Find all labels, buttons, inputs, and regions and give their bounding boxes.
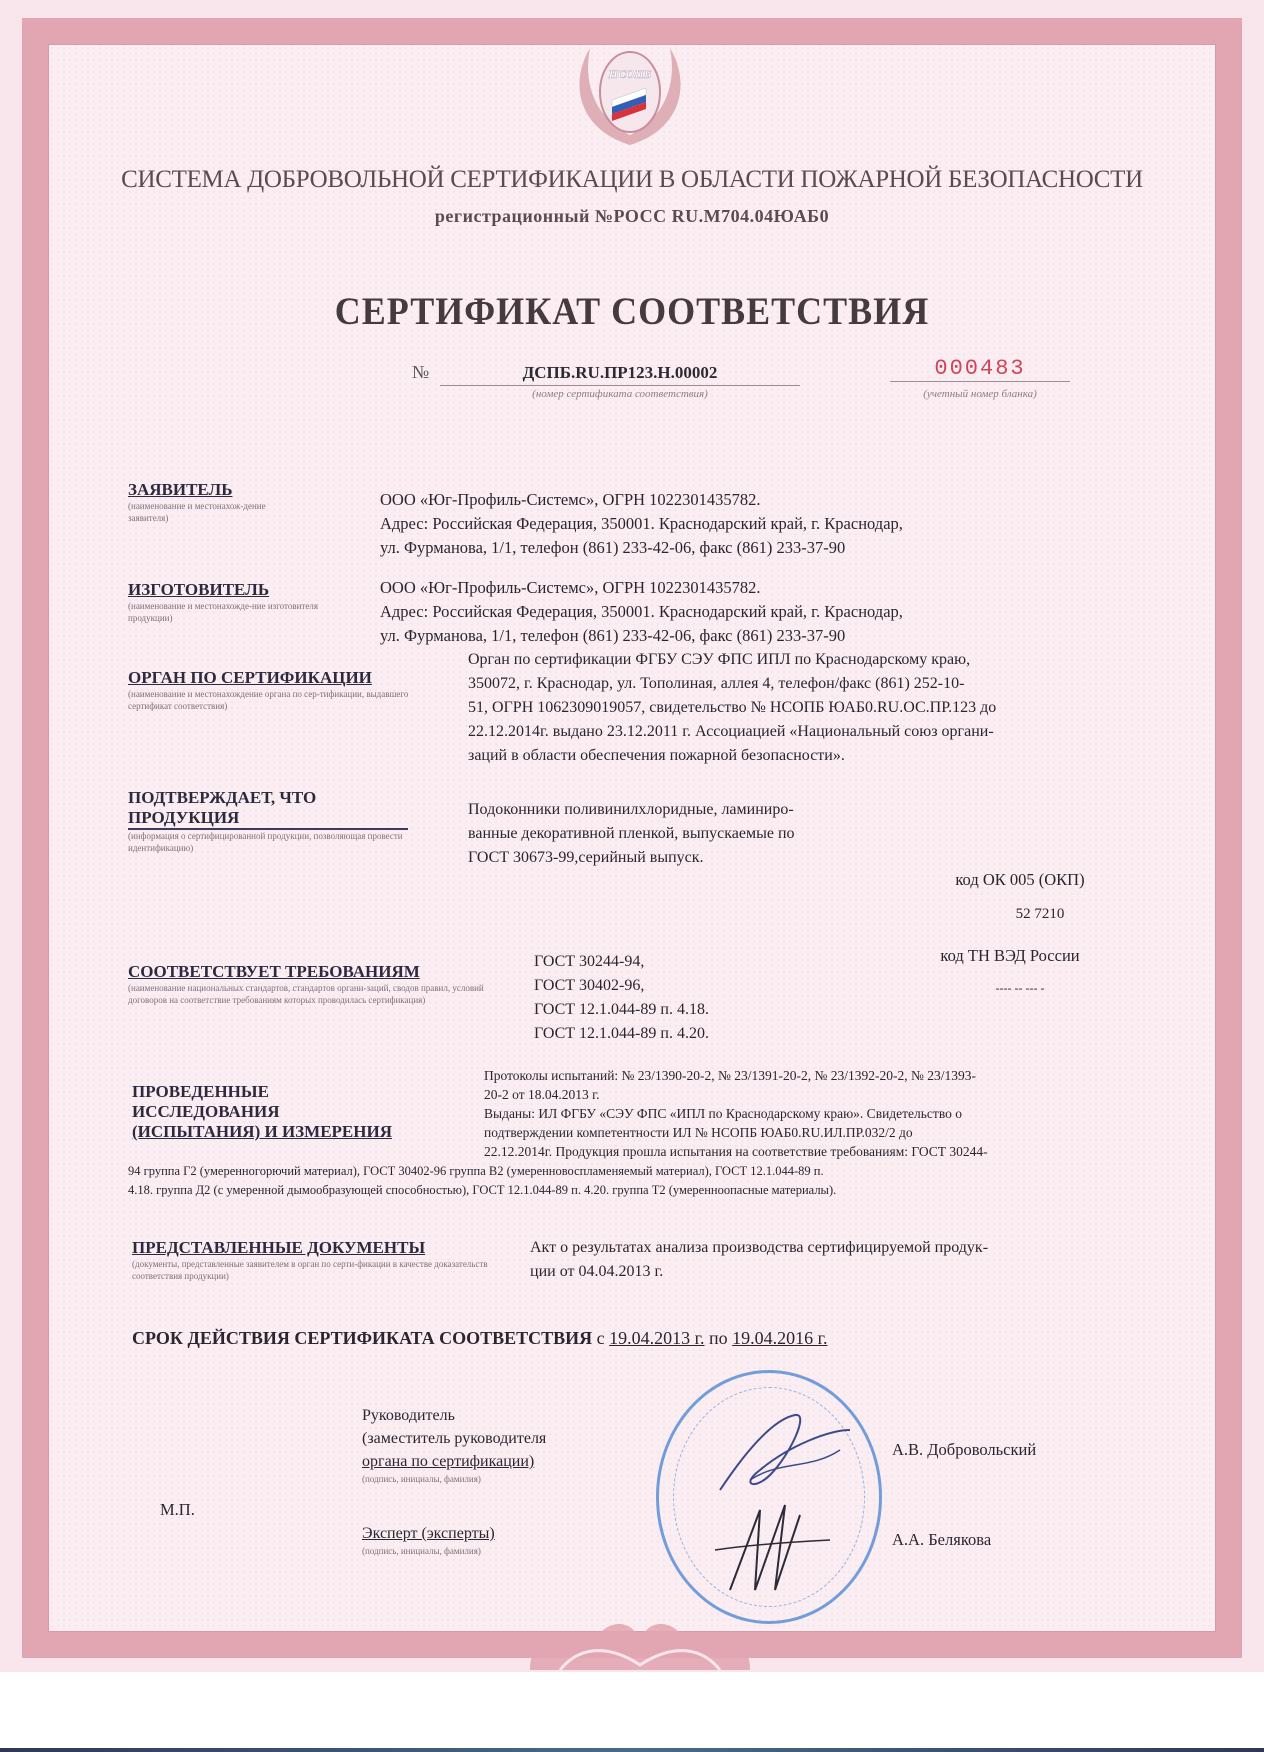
- blank-number-caption: (учетный номер бланка): [890, 388, 1070, 400]
- requirements-list: ГОСТ 30244-94, ГОСТ 30402-96, ГОСТ 12.1.…: [534, 950, 854, 1046]
- certificate-number-caption: (номер сертификата соответствия): [440, 388, 800, 400]
- tests-label-block: ПРОВЕДЕННЫЕ ИССЛЕДОВАНИЯ (ИСПЫТАНИЯ) И И…: [132, 1082, 472, 1142]
- tests-text: Протоколы испытаний: № 23/1390-20-2, № 2…: [484, 1066, 1164, 1161]
- tests-label-line1: ПРОВЕДЕННЫЕ: [132, 1082, 472, 1102]
- documents-caption: (документы, представленные заявителем в …: [132, 1258, 502, 1282]
- expert-signature-icon: [700, 1490, 840, 1600]
- cert-body-line: 22.12.2014г. выдано 23.12.2011 г. Ассоци…: [468, 720, 1148, 744]
- cert-body-line: 51, ОГРН 1062309019057, свидетельство № …: [468, 696, 1148, 720]
- head-name: А.В. Добровольский: [892, 1438, 1036, 1462]
- cert-body-line: 350072, г. Краснодар, ул. Тополиная, алл…: [468, 672, 1148, 696]
- blank-number: 000483: [890, 356, 1070, 382]
- nsopb-emblem-icon: НСОПБ: [560, 40, 700, 150]
- certificate-sheet: НСОПБ СИСТЕМА ДОБРОВОЛЬНОЙ СЕРТИФИКАЦИИ …: [0, 0, 1264, 1672]
- product-caption: (информация о сертифицированной продукци…: [128, 830, 418, 854]
- bottom-strip: [0, 1748, 1264, 1752]
- cert-body-text: Орган по сертификации ФГБУ СЭУ ФПС ИПЛ п…: [468, 648, 1148, 768]
- cert-body-label: ОРГАН ПО СЕРТИФИКАЦИИ: [128, 668, 428, 688]
- validity-line: СРОК ДЕЙСТВИЯ СЕРТИФИКАТА СООТВЕТСТВИЯ с…: [132, 1328, 1032, 1349]
- product-line: Подоконники поливинилхлоридные, ламиниро…: [468, 798, 928, 822]
- applicant-label: ЗАЯВИТЕЛЬ: [128, 480, 308, 500]
- tnved-code-label: код ТН ВЭД России: [900, 944, 1120, 968]
- manufacturer-text: ООО «Юг-Профиль-Системс», ОГРН 102230143…: [380, 576, 1100, 648]
- documents-label: ПРЕДСТАВЛЕННЫЕ ДОКУМЕНТЫ: [132, 1238, 502, 1258]
- tests-line: 22.12.2014г. Продукция прошла испытания …: [484, 1142, 1164, 1161]
- expert-signature-block: Эксперт (эксперты) (подпись, инициалы, ф…: [362, 1522, 642, 1557]
- registration-number: регистрационный №РОСС RU.М704.04ЮАБ0: [100, 206, 1164, 227]
- manufacturer-line: Адрес: Российская Федерация, 350001. Кра…: [380, 600, 1100, 624]
- applicant-line: Адрес: Российская Федерация, 350001. Кра…: [380, 512, 1100, 536]
- cert-body-line: заций в области обеспечения пожарной без…: [468, 744, 1148, 768]
- cert-body-caption: (наименование и местонахождение органа п…: [128, 688, 428, 712]
- product-label-line2: ПРОДУКЦИЯ: [128, 808, 408, 830]
- documents-line: Акт о результатах анализа производства с…: [530, 1236, 1150, 1260]
- requirements-label-block: СООТВЕТСТВУЕТ ТРЕБОВАНИЯМ (наименование …: [128, 962, 508, 1006]
- number-sign: №: [412, 362, 429, 383]
- expert-name: А.А. Белякова: [892, 1528, 991, 1552]
- head-caption: (подпись, инициалы, фамилия): [362, 1473, 642, 1485]
- tests-line: Протоколы испытаний: № 23/1390-20-2, № 2…: [484, 1066, 1164, 1085]
- requirement-item: ГОСТ 12.1.044-89 п. 4.18.: [534, 998, 854, 1022]
- head-role-line: органа по сертификации): [362, 1450, 642, 1473]
- validity-label: СРОК ДЕЙСТВИЯ СЕРТИФИКАТА СООТВЕТСТВИЯ: [132, 1328, 592, 1348]
- tests-label-line3: (ИСПЫТАНИЯ) И ИЗМЕРЕНИЯ: [132, 1122, 472, 1142]
- requirement-item: ГОСТ 12.1.044-89 п. 4.20.: [534, 1022, 854, 1046]
- requirements-caption: (наименование национальных стандартов, с…: [128, 982, 508, 1006]
- product-label-block: ПОДТВЕРЖДАЕТ, ЧТО ПРОДУКЦИЯ (информация …: [128, 788, 418, 854]
- tests-line: 20-2 от 18.04.2013 г.: [484, 1085, 1164, 1104]
- head-role-line: (заместитель руководителя: [362, 1427, 642, 1450]
- validity-from-date: 19.04.2013 г.: [609, 1328, 704, 1348]
- manufacturer-label: ИЗГОТОВИТЕЛЬ: [128, 580, 318, 600]
- expert-caption: (подпись, инициалы, фамилия): [362, 1545, 642, 1557]
- tests-line: 4.18. группа Д2 (с умеренной дымообразую…: [128, 1181, 1168, 1200]
- tests-line: подтверждении компетентности ИЛ № НСОПБ …: [484, 1123, 1164, 1142]
- bottom-ornament-icon: [520, 1610, 760, 1680]
- applicant-label-block: ЗАЯВИТЕЛЬ (наименование и местонахож-ден…: [128, 480, 308, 524]
- tnved-code-value: ---- -- --- -: [960, 976, 1080, 1000]
- product-text: Подоконники поливинилхлоридные, ламиниро…: [468, 798, 928, 870]
- manufacturer-label-block: ИЗГОТОВИТЕЛЬ (наименование и местонахожд…: [128, 580, 318, 624]
- cert-body-label-block: ОРГАН ПО СЕРТИФИКАЦИИ (наименование и ме…: [128, 668, 428, 712]
- cert-body-line: Орган по сертификации ФГБУ СЭУ ФПС ИПЛ п…: [468, 648, 1148, 672]
- document-title: СЕРТИФИКАТ СООТВЕТСТВИЯ: [100, 288, 1164, 334]
- system-title: СИСТЕМА ДОБРОВОЛЬНОЙ СЕРТИФИКАЦИИ В ОБЛА…: [100, 166, 1164, 194]
- head-role-line: Руководитель: [362, 1404, 642, 1427]
- seal-mark: М.П.: [160, 1498, 195, 1522]
- documents-text: Акт о результатах анализа производства с…: [530, 1236, 1150, 1284]
- tests-line: 94 группа Г2 (умеренногорючий материал),…: [128, 1162, 1168, 1181]
- tests-line: Выданы: ИЛ ФГБУ «СЭУ ФПС «ИПЛ по Краснод…: [484, 1104, 1164, 1123]
- tests-label-line2: ИССЛЕДОВАНИЯ: [132, 1102, 472, 1122]
- documents-label-block: ПРЕДСТАВЛЕННЫЕ ДОКУМЕНТЫ (документы, пре…: [132, 1238, 502, 1282]
- manufacturer-caption: (наименование и местонахожде-ние изготов…: [128, 600, 318, 624]
- svg-text:НСОПБ: НСОПБ: [608, 67, 652, 81]
- manufacturer-line: ООО «Юг-Профиль-Системс», ОГРН 102230143…: [380, 576, 1100, 600]
- okp-code-label: код ОК 005 (ОКП): [920, 868, 1120, 892]
- product-line: ванные декоративной пленкой, выпускаемые…: [468, 822, 928, 846]
- requirements-label: СООТВЕТСТВУЕТ ТРЕБОВАНИЯМ: [128, 962, 508, 982]
- product-line: ГОСТ 30673-99,серийный выпуск.: [468, 846, 928, 870]
- validity-to-date: 19.04.2016 г.: [732, 1328, 827, 1348]
- tests-full-width-text: 94 группа Г2 (умеренногорючий материал),…: [128, 1162, 1168, 1200]
- validity-from-word: с: [597, 1328, 605, 1348]
- expert-label: Эксперт (эксперты): [362, 1522, 642, 1545]
- product-label-line1: ПОДТВЕРЖДАЕТ, ЧТО: [128, 788, 418, 808]
- applicant-line: ООО «Юг-Профиль-Системс», ОГРН 102230143…: [380, 488, 1100, 512]
- head-signature-block: Руководитель (заместитель руководителя о…: [362, 1404, 642, 1485]
- certificate-number: ДСПБ.RU.ПР123.Н.00002: [440, 363, 800, 386]
- manufacturer-line: ул. Фурманова, 1/1, телефон (861) 233-42…: [380, 624, 1100, 648]
- okp-code-value: 52 7210: [950, 902, 1130, 926]
- validity-to-word: по: [709, 1328, 728, 1348]
- applicant-line: ул. Фурманова, 1/1, телефон (861) 233-42…: [380, 536, 1100, 560]
- requirement-item: ГОСТ 30402-96,: [534, 974, 854, 998]
- applicant-caption: (наименование и местонахож-дение заявите…: [128, 500, 308, 524]
- applicant-text: ООО «Юг-Профиль-Системс», ОГРН 102230143…: [380, 488, 1100, 560]
- documents-line: ции от 04.04.2013 г.: [530, 1260, 1150, 1284]
- requirement-item: ГОСТ 30244-94,: [534, 950, 854, 974]
